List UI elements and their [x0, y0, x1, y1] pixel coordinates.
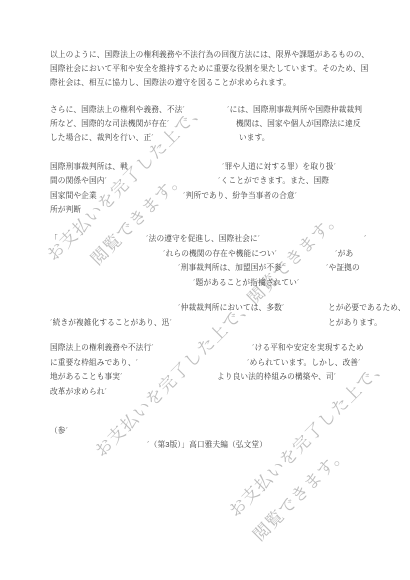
text-segment: ´や証拠の — [326, 262, 360, 273]
text-segment: 機関は、国家や個人が国際法に違反 — [236, 118, 361, 129]
text-segment: 所が判断 — [50, 204, 81, 215]
document-text-layer: 以上のように、国際法上の権利義務や不法行為の回復方法には、限界や課題があるものの… — [0, 0, 410, 580]
text-segment: ´ — [364, 233, 367, 244]
text-segment: 改革が求められ´ — [50, 386, 107, 397]
text-segment: ´題があることが指摘されてい´ — [193, 277, 300, 288]
text-segment: ´くことができます。また、国際 — [218, 175, 329, 186]
text-segment: 間の関係や国内´ — [50, 175, 107, 186]
text-segment: ´れらの機関の存在や機能につい´ — [163, 248, 277, 259]
text-segment: （参´ — [50, 425, 68, 436]
text-segment: とが必要であるため、 — [328, 302, 406, 313]
text-segment: ´法の遵守を促進し、国際社会に´ — [146, 233, 260, 244]
text-segment: 際社会は、相互に協力し、国際法の遵守を図ることが求められます。 — [50, 77, 291, 88]
text-segment: 「 — [50, 233, 58, 244]
text-segment: より良い法的枠組みの構築や、司´ — [217, 371, 336, 382]
text-segment: 国際社会において平和や安全を維持するために重要な役割を果たしています。そのため、… — [50, 63, 368, 74]
text-segment: ´続きが複雑化することがあり、迅´ — [50, 317, 172, 328]
text-segment: 国家間や企業 — [50, 190, 97, 201]
text-segment: ´には、国際刑事裁判所や国際仲裁裁判 — [227, 104, 362, 115]
text-segment: ´められています。しかし、改善´ — [247, 357, 361, 368]
text-segment: ´があ — [335, 248, 353, 259]
document-page: お支払いを完了した上で、閲覧できます。お支払いを完了した上で、閲覧できます。お支… — [0, 0, 410, 580]
text-segment: 地があることも事実´ — [50, 371, 123, 382]
text-segment: います。 — [239, 132, 270, 143]
text-segment: さらに、国際法上の権利や義務、不法´ — [50, 104, 185, 115]
text-segment: ´（第3版）」高口雅夫編（弘文堂） — [147, 439, 267, 450]
text-segment: 国際刑事裁判所は、戦 — [50, 161, 128, 172]
text-segment: 以上のように、国際法上の権利義務や不法行為の回復方法には、限界や課題があるものの… — [50, 49, 369, 60]
text-segment: とがあります。 — [328, 317, 382, 328]
text-segment: ´仲裁裁判所においては、多数´ — [178, 302, 285, 313]
text-segment: ´罪や人道に対する罪）を取り扱´ — [222, 161, 336, 172]
text-segment: 国際法上の権利義務や不法行´ — [50, 342, 154, 353]
text-segment: ´刑事裁判所は、加盟国が不参´ — [178, 262, 285, 273]
text-segment: に重要な枠組みであり、´ — [50, 357, 138, 368]
text-segment: ´ける平和や安定を実現するため — [252, 342, 364, 353]
text-segment: した場合に、裁判を行い、正´ — [50, 132, 154, 143]
text-segment: 所など、国際的な司法機関が存在´ — [50, 118, 169, 129]
text-segment: ´判所であり、紛争当事者の合意´ — [183, 190, 297, 201]
